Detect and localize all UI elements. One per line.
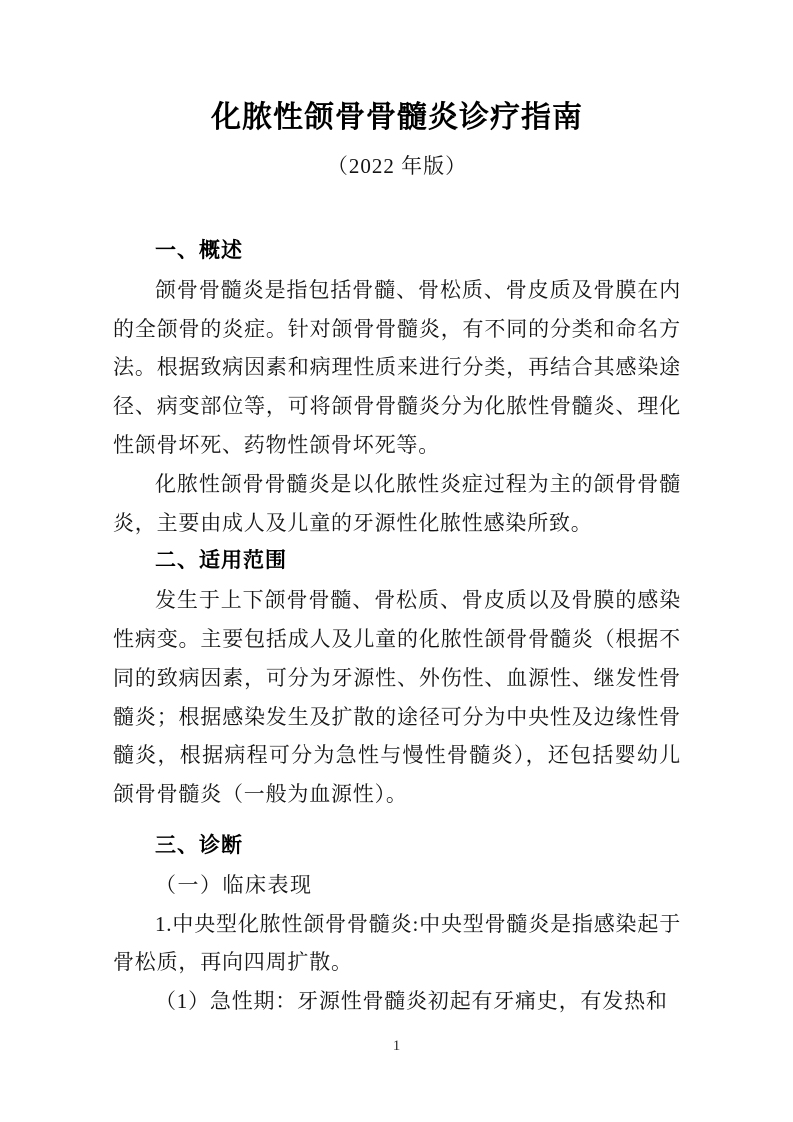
section-heading-diagnosis: 三、诊断	[113, 827, 681, 866]
paragraph-acute-phase: （1）急性期：牙源性骨髓炎初起有牙痛史，有发热和	[113, 982, 681, 1021]
document-subtitle: （2022 年版）	[113, 151, 681, 181]
section-heading-overview: 一、概述	[113, 232, 681, 271]
page-number: 1	[0, 1036, 793, 1056]
paragraph-overview-1: 颌骨骨髓炎是指包括骨髓、骨松质、骨皮质及骨膜在内的全颌骨的炎症。针对颌骨骨髓炎，…	[113, 271, 681, 465]
document-page: 化脓性颌骨骨髓炎诊疗指南 （2022 年版） 一、概述 颌骨骨髓炎是指包括骨髓、…	[0, 0, 793, 1122]
document-title: 化脓性颌骨骨髓炎诊疗指南	[113, 97, 681, 139]
paragraph-overview-2: 化脓性颌骨骨髓炎是以化脓性炎症过程为主的颌骨骨髓炎，主要由成人及儿童的牙源性化脓…	[113, 465, 681, 543]
paragraph-central-type: 1.中央型化脓性颌骨骨髓炎:中央型骨髓炎是指感染起于骨松质，再向四周扩散。	[113, 905, 681, 983]
paragraph-scope-1: 发生于上下颌骨骨髓、骨松质、骨皮质以及骨膜的感染性病变。主要包括成人及儿童的化脓…	[113, 581, 681, 814]
section-heading-scope: 二、适用范围	[113, 542, 681, 581]
subsection-heading-clinical-manifestation: （一）临床表现	[113, 866, 681, 905]
document-body: 一、概述 颌骨骨髓炎是指包括骨髓、骨松质、骨皮质及骨膜在内的全颌骨的炎症。针对颌…	[113, 232, 681, 1021]
